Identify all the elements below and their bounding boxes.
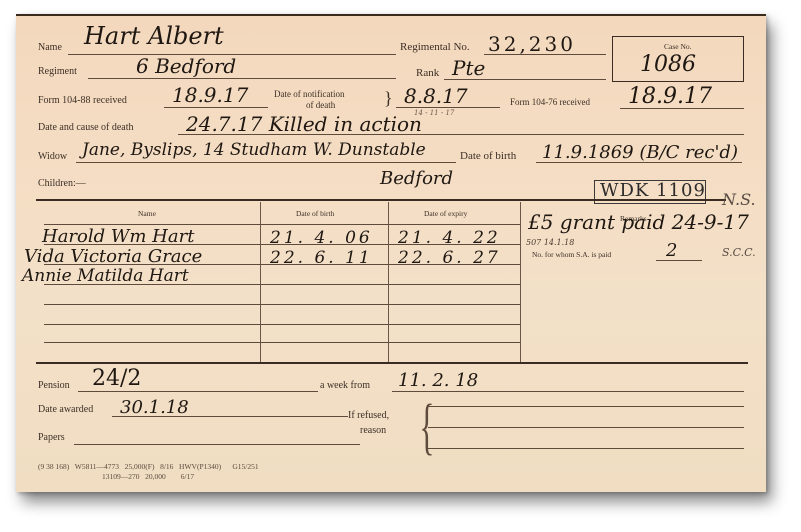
table-rule [44, 342, 520, 343]
form-10488-value: 18.9.17 [172, 83, 248, 107]
section-divider-bottom [36, 362, 748, 364]
date-awarded-label: Date awarded [38, 404, 93, 415]
papers-line [74, 444, 360, 445]
death-label: Date and cause of death [38, 122, 134, 133]
notification-label-1: Date of notification [274, 89, 344, 99]
name-value: Hart Albert [84, 22, 224, 50]
rank-value: Pte [452, 56, 485, 80]
remarks-value: £5 grant paid 24-9-17 [528, 210, 749, 234]
dob-label: Date of birth [460, 150, 516, 162]
form-10476-label: Form 104-76 received [510, 97, 590, 107]
form-10476-value: 18.9.17 [628, 84, 712, 109]
child-expiry: 21. 4. 22 [398, 228, 501, 248]
case-no-label: Case No. [664, 42, 692, 51]
sa-label: No. for whom S.A. is paid [532, 250, 611, 259]
section-divider-top [36, 199, 726, 201]
date-awarded-value: 30.1.18 [120, 397, 189, 418]
col-divider-3 [520, 202, 521, 362]
remarks-sub-note: 507 14.1.18 [526, 238, 574, 247]
notification-value: 8.8.17 [404, 84, 468, 108]
children-label: Children:— [38, 178, 86, 189]
refused-label-1: If refused, [348, 410, 389, 421]
pension-label: Pension [38, 380, 70, 391]
week-from-value: 11. 2. 18 [398, 370, 478, 391]
pension-line [78, 391, 318, 392]
col-divider-1 [260, 202, 261, 362]
child-name: Vida Victoria Grace [24, 246, 202, 267]
case-no-value: 1086 [640, 52, 696, 77]
table-rule [44, 224, 520, 225]
pension-record-card: Name Hart Albert Regimental No. 32,230 C… [16, 14, 766, 492]
notification-label-2: of death [306, 100, 335, 110]
regiment-value: 6 Bedford [136, 54, 236, 78]
col-divider-2 [388, 202, 389, 362]
sa-value: 2 [666, 240, 677, 261]
header-expiry: Date of expiry [424, 209, 467, 218]
table-rule [44, 324, 520, 325]
widow-value: Jane, Byslips, 14 Studham W. Dunstable [82, 140, 426, 160]
footer-line-2: 13109—270 20,000 6/17 [102, 472, 194, 481]
child-dob: 22. 6. 11 [270, 248, 373, 268]
header-name: Name [138, 209, 156, 218]
child-expiry: 22. 6. 27 [398, 248, 501, 268]
stamp-value: WDK 1109 [600, 180, 706, 201]
ns-mark: N.S. [722, 190, 756, 209]
refused-line-2 [428, 427, 744, 428]
header-dob: Date of birth [296, 209, 334, 218]
regiment-line [88, 78, 396, 79]
notification-brace: } [384, 88, 393, 109]
form-10488-line [164, 107, 268, 108]
widow-value-2: Bedford [380, 168, 453, 189]
child-name: Harold Wm Hart [42, 226, 194, 247]
refused-line-3 [428, 448, 744, 449]
widow-label: Widow [38, 151, 67, 162]
week-from-line [392, 391, 744, 392]
name-label: Name [38, 42, 62, 53]
footer-line-1: (9 38 168) W5811—4773 25,000(F) 8/16 HWV… [38, 462, 259, 471]
form-10488-label: Form 104-88 received [38, 95, 127, 106]
table-rule [44, 304, 520, 305]
child-dob: 21. 4. 06 [270, 228, 373, 248]
regiment-label: Regiment [38, 66, 77, 77]
pension-value: 24/2 [92, 366, 141, 391]
child-name: Annie Matilda Hart [22, 266, 189, 286]
widow-line [76, 162, 456, 163]
refused-line-1 [428, 406, 744, 407]
refused-label-2: reason [360, 425, 386, 436]
papers-label: Papers [38, 432, 65, 443]
regimental-no-value: 32,230 [488, 32, 576, 56]
death-value: 24.7.17 Killed in action [186, 112, 422, 136]
regimental-no-label: Regimental No. [400, 41, 470, 53]
dob-value: 11.9.1869 (B/C rec'd) [542, 142, 738, 163]
sa-line [656, 260, 702, 261]
side-note: S.C.C. [722, 246, 756, 259]
rank-label: Rank [416, 67, 439, 79]
week-from-label: a week from [320, 380, 370, 391]
